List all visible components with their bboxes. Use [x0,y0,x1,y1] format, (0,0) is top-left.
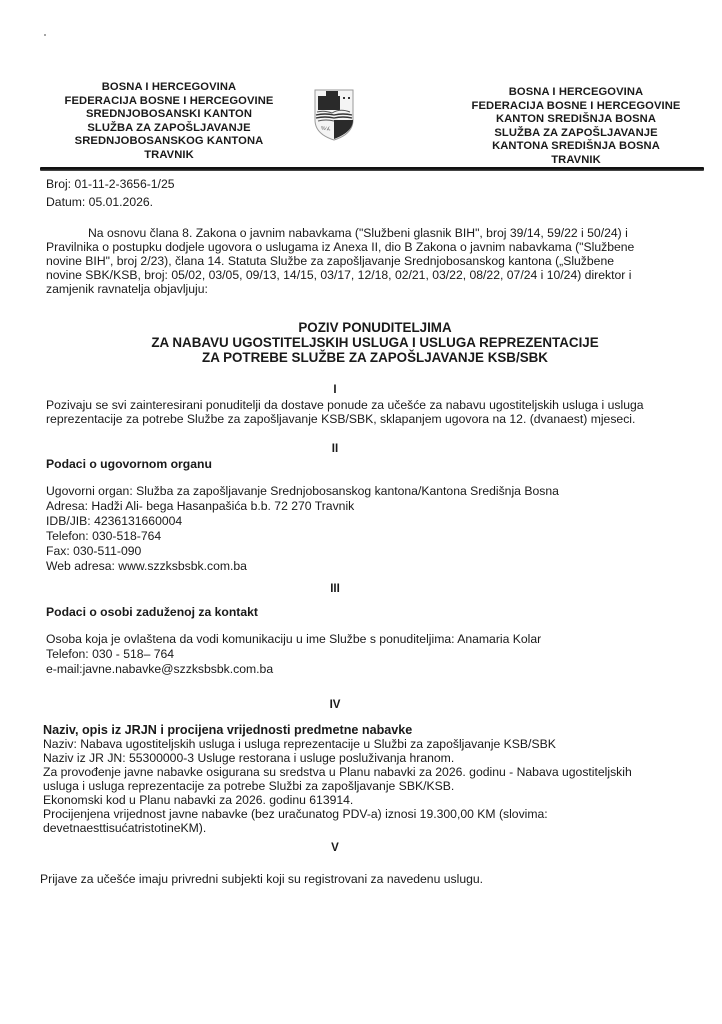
header-right-line: FEDERACIJA BOSNE I HERCEGOVINE [446,100,706,114]
section-2-line: Web adresa: www.szzksbsbk.com.ba [46,560,247,573]
document-date: Datum: 05.01.2026. [46,196,153,209]
section-3-line: Osoba koja je ovlaštena da vodi komunika… [46,633,541,646]
header-left-line: SLUŽBA ZA ZAPOŠLJAVANJE [44,122,294,136]
header-right-line: BOSNA I HERCEGOVINA [446,86,706,100]
section-4-heading: Naziv, opis iz JRJN i procijena vrijedno… [43,724,412,737]
section-1-line: reprezentacije za potrebe Službe za zapo… [46,413,635,426]
section-3-heading: Podaci o osobi zaduženoj za kontakt [46,606,258,619]
title-line: ZA NABAVU UGOSTITELJSKIH USLUGA I USLUGA… [100,335,650,350]
section-4-line: Naziv iz JR JN: 55300000-3 Usluge restor… [43,752,454,765]
header-left-line: FEDERACIJA BOSNE I HERCEGOVINE [44,95,294,109]
section-2-line: IDB/JIB: 4236131660004 [46,515,182,528]
header-right-line: KANTONA SREDIŠNJA BOSNA [446,140,706,154]
section-3-line: Telefon: 030 - 518– 764 [46,648,174,661]
header-left-line: TRAVNIK [44,149,294,163]
header-right: BOSNA I HERCEGOVINA FEDERACIJA BOSNE I H… [446,86,706,168]
header-left-line: SREDNJOBOSANSKOG KANTONA [44,135,294,149]
header-right-line: SLUŽBA ZA ZAPOŠLJAVANJE [446,127,706,141]
section-4-line: Ekonomski kod u Planu nabavki za 2026. g… [43,794,353,807]
preamble-line: novine SBK/KSB, broj: 05/02, 03/05, 09/1… [46,269,631,282]
title-line: ZA POTREBE SLUŽBE ZA ZAPOŠLJAVANJE KSB/S… [100,350,650,365]
title-line: POZIV PONUDITELJIMA [100,320,650,335]
preamble-line: Na osnovu člana 8. Zakona o javnim nabav… [88,227,628,240]
preamble-line: Pravilnika o postupku dodjele ugovora o … [46,241,634,254]
preamble-line: novine BIH", broj 2/23), člana 14. Statu… [46,255,614,268]
preamble-line: zamjenik ravnatelja objavljuju: [46,283,208,296]
svg-text:%∕∡: %∕∡ [321,126,331,132]
section-2-line: Telefon: 030-518-764 [46,530,161,543]
section-2-line: Adresa: Hadži Ali- bega Hasanpašića b.b.… [46,500,354,513]
document-page: BOSNA I HERCEGOVINA FEDERACIJA BOSNE I H… [0,0,722,1024]
header-left: BOSNA I HERCEGOVINA FEDERACIJA BOSNE I H… [44,81,294,163]
section-2-line: Fax: 030-511-090 [46,545,141,558]
header-left-line: SREDNJOBOSANSKI KANTON [44,108,294,122]
header-divider [40,167,704,171]
section-numeral-2: II [320,443,350,455]
coat-of-arms-icon: %∕∡ [312,86,356,142]
header-left-line: BOSNA I HERCEGOVINA [44,81,294,95]
section-numeral-1: I [320,384,350,396]
document-title: POZIV PONUDITELJIMA ZA NABAVU UGOSTITELJ… [100,320,650,365]
section-numeral-4: IV [320,699,350,711]
section-3-line: e-mail:javne.nabavke@szzksbsbk.com.ba [46,663,273,676]
section-1-line: Pozivaju se svi zainteresirani ponuditel… [46,399,644,412]
section-4-line: usluga i usluga reprezentacije za potreb… [43,780,454,793]
document-number: Broj: 01-11-2-3656-1/25 [46,178,175,191]
section-4-line: Procijenjena vrijednost javne nabavke (b… [43,808,548,821]
section-numeral-3: III [320,583,350,595]
section-5-line: Prijave za učešće imaju privredni subjek… [40,873,483,886]
section-numeral-5: V [320,842,350,854]
section-4-line: devetnaesttisućatristotineKM). [43,822,206,835]
header-right-line: TRAVNIK [446,154,706,168]
scan-speck [44,34,46,36]
header-right-line: KANTON SREDIŠNJA BOSNA [446,113,706,127]
section-4-line: Za provođenje javne nabavke osigurana su… [43,766,632,779]
section-2-heading: Podaci o ugovornom organu [46,458,212,471]
section-2-line: Ugovorni organ: Služba za zapošljavanje … [46,485,559,498]
section-4-line: Naziv: Nabava ugostiteljskih usluga i us… [43,738,556,751]
